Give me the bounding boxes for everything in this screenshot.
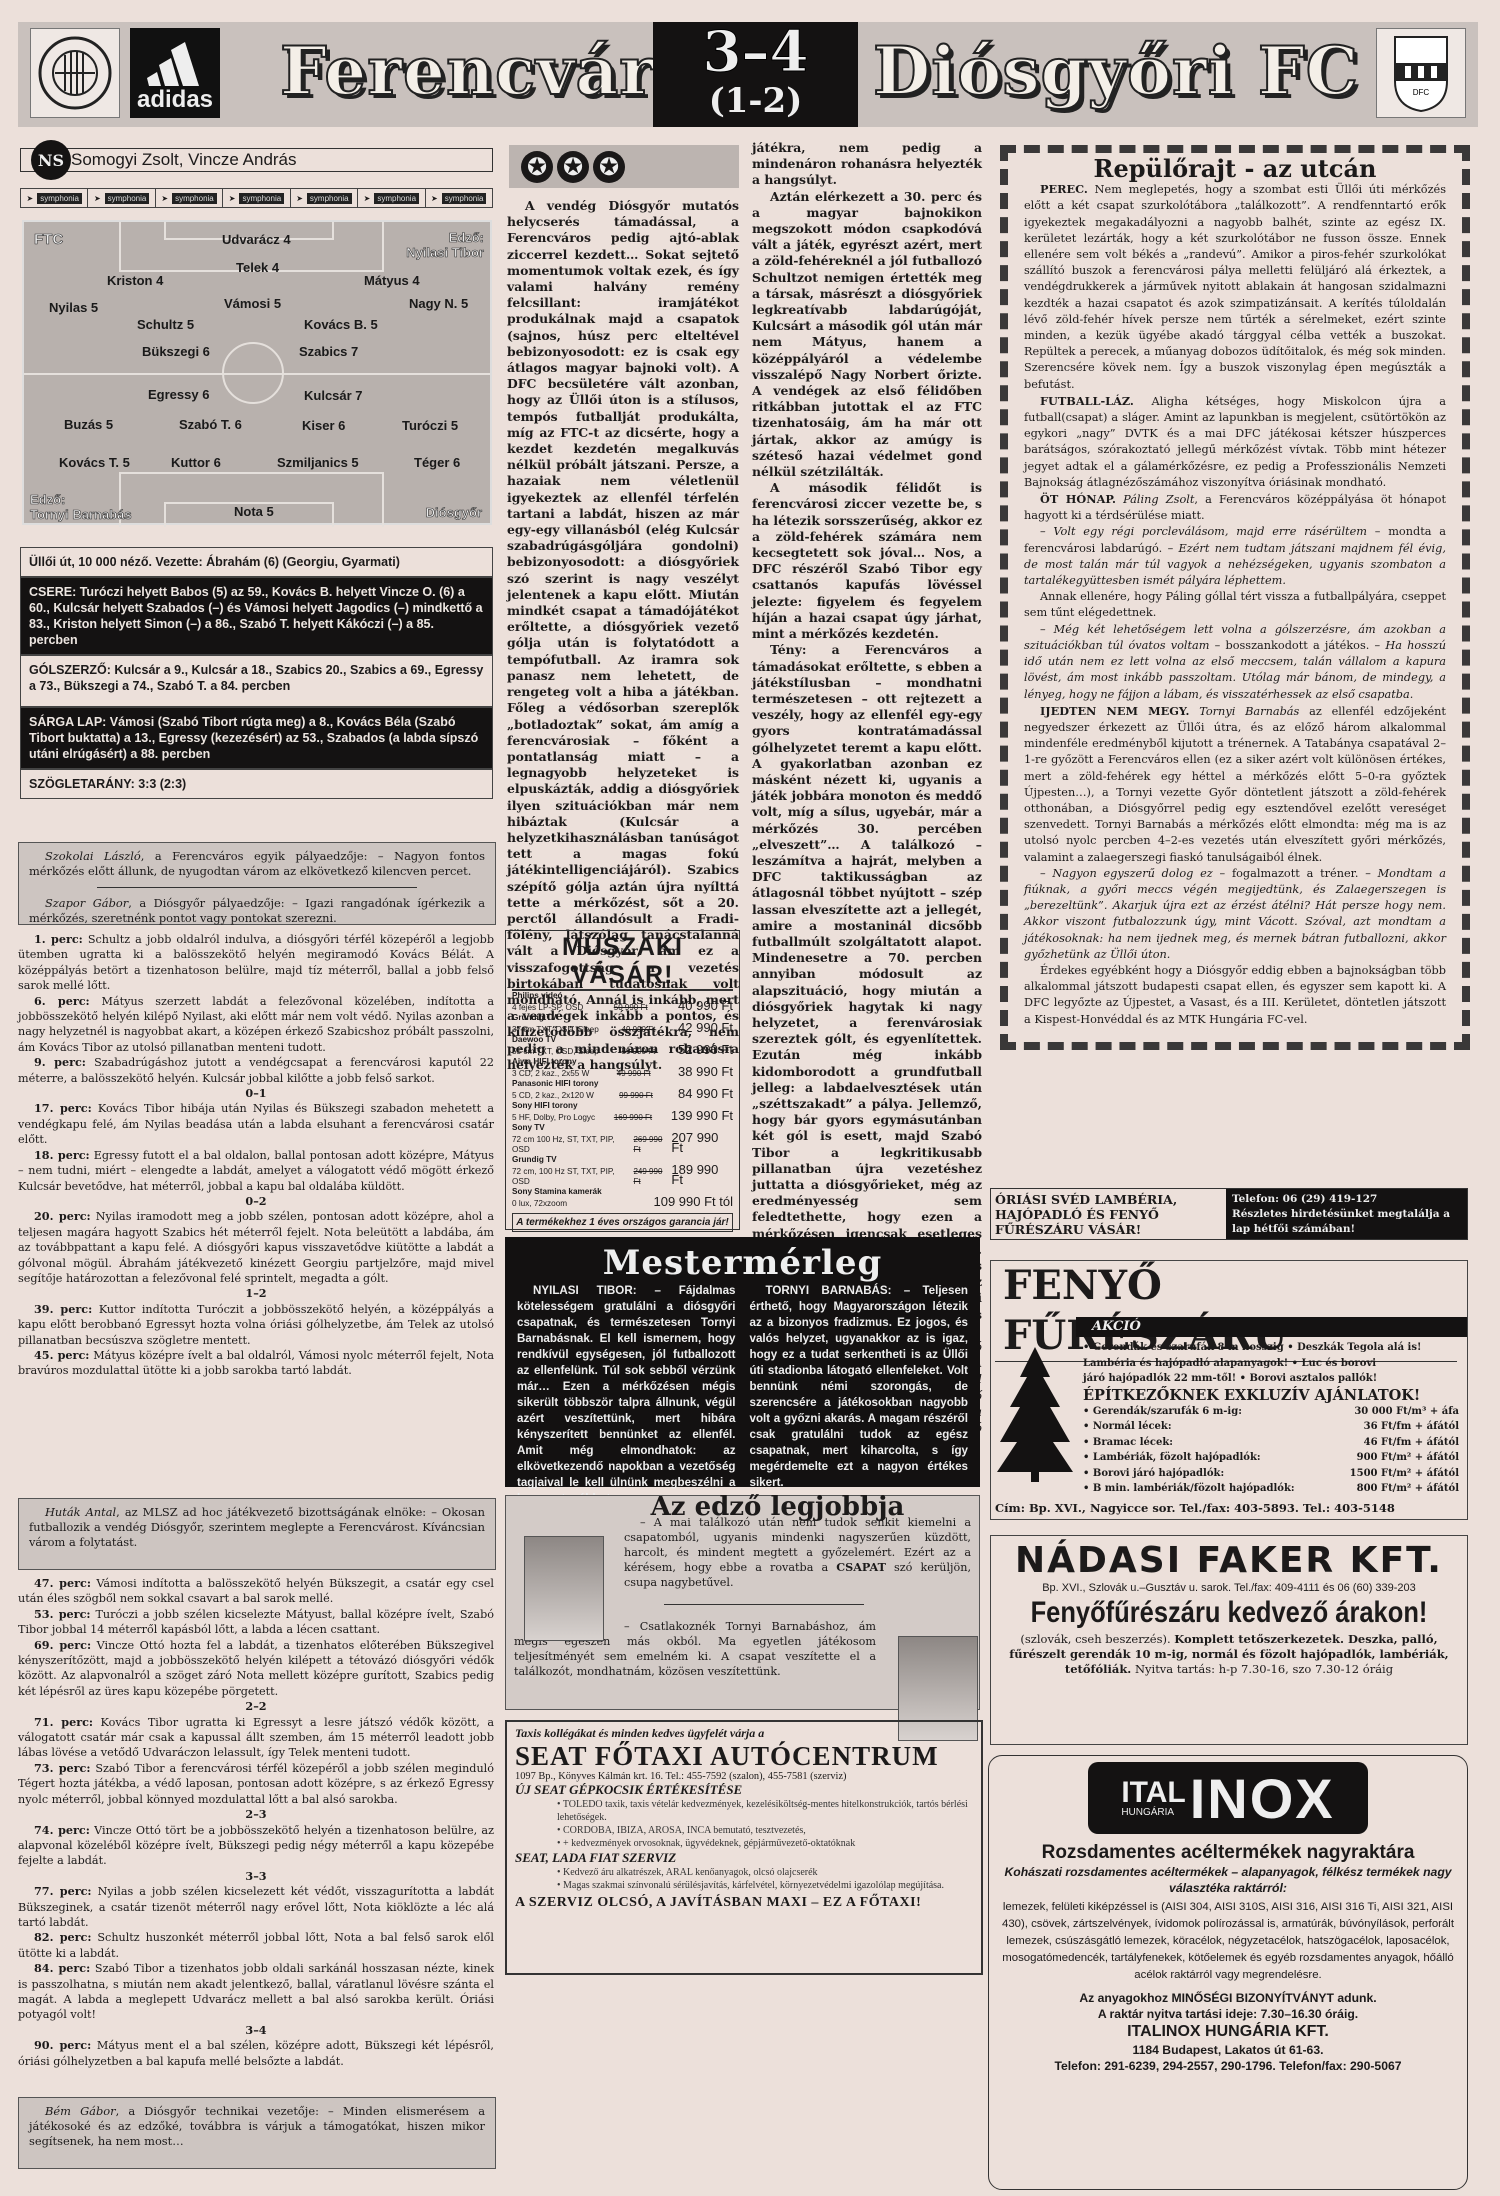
price: 139 990 Ft	[671, 1111, 733, 1121]
product-item: Sony TV72 cm 100 Hz, ST, TXT, PIP, OSD26…	[512, 1123, 733, 1155]
report-column-1: A vendég Diósgyőr mutatós helycserés tám…	[507, 198, 739, 923]
arrow-icon: ➤	[94, 194, 101, 203]
player: Kriston 4	[107, 273, 163, 288]
price-row: • B min. lambériák/fözolt hajópadlók:800…	[1083, 1481, 1459, 1497]
away-coach: Edző:Tornyi Barnabás	[30, 492, 132, 522]
three-stars-icon: ✪ ✪ ✪	[509, 145, 739, 188]
product-item: Daewoo TV55 cm TXT, OSD, Sleep59 990 Ft5…	[512, 1035, 733, 1057]
price-list: • Gerendák/szarufák 6 m-ig:30 000 Ft/m³ …	[1083, 1404, 1459, 1497]
player: Bükszegi 6	[142, 344, 210, 359]
product-item: Aiwa HIFI torony3 CD, 2 kaz., 2x55 W49 9…	[512, 1057, 733, 1079]
sponsor-cell: ➤symphonia	[358, 189, 425, 207]
match-header: adidas Ferencváros 3–4 (1-2) Diósgyőri F…	[18, 22, 1478, 127]
running-score: 2–3	[18, 1807, 494, 1822]
price-row: • Bramac lécek:46 Ft/fm + áfától	[1083, 1435, 1459, 1451]
product-item: Panasonic HIFI torony5 CD, 2 kaz., 2x120…	[512, 1079, 733, 1101]
minute-entry: 71. perc: Kovács Tibor ugratta ki Egress…	[18, 1715, 494, 1761]
product-list: Philips videó4 fejes LP-SP, OSD50 990 Ft…	[512, 991, 733, 1209]
coach-best-box: Az edző legjobbja – A mai találkozó után…	[505, 1495, 980, 1710]
italinox-logo: ITALHUNGÁRIA INOX	[1088, 1762, 1368, 1834]
price-row: • Gerendák/szarufák 6 m-ig:30 000 Ft/m³ …	[1083, 1404, 1459, 1420]
coach-quote-home: NYILASI TIBOR: – Fájdalmas kötelességem …	[517, 1283, 736, 1507]
author-names: Somogyi Zsolt, Vincze András	[71, 150, 297, 169]
running-score: 1–2	[18, 1286, 494, 1301]
price-row: • Borovi járó hajópadlók:1500 Ft/m² + áf…	[1083, 1466, 1459, 1482]
minute-entry: 17. perc: Kovács Tibor hibája után Nyila…	[18, 1101, 494, 1147]
price: 42 990 Ft	[678, 1023, 733, 1033]
minute-by-minute-part1: 1. perc: Schultz a jobb oldalról indulva…	[18, 932, 494, 1379]
ad-brand: SEAT FŐTAXI AUTÓCENTRUM	[515, 1741, 973, 1771]
goalscorers: GÓLSZERZŐ: Kulcsár a 9., Kulcsár a 18., …	[20, 655, 493, 707]
player: Mátyus 4	[364, 273, 420, 288]
arrow-icon: ➤	[431, 194, 438, 203]
home-team-label: FTC	[34, 232, 63, 247]
price: 38 990 Ft	[678, 1067, 733, 1077]
minute-entry: 47. perc: Vámosi indította a balösszeköt…	[18, 1576, 494, 1607]
arrow-icon: ➤	[296, 194, 303, 203]
minute-by-minute-part2: 47. perc: Vámosi indította a balösszeköt…	[18, 1576, 494, 2069]
price: 52 990 Ft	[678, 1045, 733, 1055]
bullet-list: TOLEDO taxik, taxis vételár kedvezmények…	[515, 1798, 973, 1850]
minute-entry: 18. perc: Egressy futott el a bal oldalo…	[18, 1148, 494, 1194]
price: 207 990 Ft	[671, 1133, 733, 1153]
player: Turóczi 5	[402, 418, 458, 433]
section-title: Mestermérleg	[517, 1243, 968, 1283]
seat-fotaxi-ad: Taxis kollégákat és minden kedves ügyfel…	[505, 1720, 983, 1975]
product-item: Philips videó4 fejes LP-SP, OSD50 990 Ft…	[512, 991, 733, 1013]
player: Téger 6	[414, 455, 460, 470]
star-icon: ✪	[521, 151, 553, 183]
player: Egressy 6	[148, 387, 209, 402]
arrow-icon: ➤	[161, 194, 168, 203]
price: 189 990 Ft	[671, 1165, 733, 1185]
ftc-crest-icon	[30, 28, 120, 118]
halftime-quote: Huták Antal, az MLSZ ad hoc játékvezető …	[18, 1498, 496, 1570]
running-score: 0–1	[18, 1086, 494, 1101]
minute-entry: 6. perc: Mátyus szerzett labdát a felező…	[18, 994, 494, 1056]
arrow-icon: ➤	[27, 194, 34, 203]
away-team-name: Diósgyőri FC	[873, 32, 1359, 110]
ad-address: Cím: Bp. XVI., Nagyicce sor. Tel./fax: 4…	[995, 1501, 1395, 1515]
player: Telek 4	[236, 260, 279, 275]
star-icon: ✪	[593, 151, 625, 183]
player: Udvarácz 4	[222, 232, 291, 247]
product-item: Sony HIFI torony5 HF, Dolby, Pro Logyc16…	[512, 1101, 733, 1123]
divider	[97, 887, 416, 888]
bullet-list: Kedvező áru alkatrészek, ARAL kenőanyago…	[515, 1866, 973, 1892]
minute-entry: 82. perc: Schultz huszonkét méterről job…	[18, 1930, 494, 1961]
yellow-cards: SÁRGA LAP: Vámosi (Szabó Tibort rúgta me…	[20, 707, 493, 769]
minute-entry: 73. perc: Szabó Tibor a ferencvárosi tér…	[18, 1761, 494, 1807]
player: Nota 5	[234, 504, 274, 519]
sponsor-strip: ➤symphonia ➤symphonia ➤symphonia ➤sympho…	[20, 188, 493, 208]
center-circle	[222, 342, 284, 404]
muszaki-vasar-ad: MŰSZAKI VÁSÁR! Philips videó4 fejes LP-S…	[505, 930, 740, 1230]
coach-photo-home	[524, 1536, 604, 1641]
running-score: 3–4	[18, 2023, 494, 2038]
player: Kiser 6	[302, 418, 345, 433]
player: Nagy N. 5	[409, 296, 468, 311]
player: Szabics 7	[299, 344, 358, 359]
pine-tree-icon	[995, 1347, 1075, 1482]
player: Kuttor 6	[171, 455, 221, 470]
minute-entry: 84. perc: Szabó Tibor a tizenhatos jobb …	[18, 1961, 494, 2023]
minute-entry: 74. perc: Vincze Ottó tört be a jobbössz…	[18, 1823, 494, 1869]
ad-title: NÁDASI FAKER KFT.	[993, 1540, 1465, 1582]
substitutions: CSERE: Turóczi helyett Babos (5) az 59.,…	[20, 577, 493, 655]
player: Kovács T. 5	[59, 455, 130, 470]
minute-entry: 1. perc: Schultz a jobb oldalról indulva…	[18, 932, 494, 994]
minute-entry: 39. perc: Kuttor indította Turóczit a jo…	[18, 1302, 494, 1348]
minute-entry: 69. perc: Vincze Ottó hozta fel a labdát…	[18, 1638, 494, 1700]
running-score: 2–2	[18, 1699, 494, 1714]
score-fulltime: 3–4	[653, 22, 858, 82]
arrow-icon: ➤	[229, 194, 236, 203]
lineup-pitch: FTC Edző:Nyilasi Tibor Edző:Tornyi Barna…	[22, 220, 492, 525]
italinox-ad: ITALHUNGÁRIA INOX Rozsdamentes acéltermé…	[988, 1755, 1468, 2190]
sponsor-cell: ➤symphonia	[291, 189, 358, 207]
arrow-icon: ➤	[364, 194, 371, 203]
minute-entry: 45. perc: Mátyus középre ívelt a bal old…	[18, 1348, 494, 1379]
repulorajt-article: Repülőrajt - az utcán PEREC. Nem meglepe…	[1000, 145, 1470, 1050]
sponsor-cell: ➤symphonia	[88, 189, 155, 207]
player: Kulcsár 7	[304, 388, 363, 403]
minute-entry: 90. perc: Mátyus ment el a bal szélen, k…	[18, 2038, 494, 2069]
minute-entry: 20. perc: Nyilas iramodott meg a jobb sz…	[18, 1209, 494, 1286]
product-item: Grundig TV72 cm, 100 Hz ST, TXT, PIP, OS…	[512, 1155, 733, 1187]
venue-info: Üllői út, 10 000 néző. Vezette: Ábrahám …	[20, 547, 493, 577]
adidas-stripes-icon	[145, 40, 205, 86]
price: 109 990 Ft tól	[653, 1197, 733, 1207]
ns-badge: NS	[31, 140, 71, 180]
minute-entry: 53. perc: Turóczi a jobb szélen kicselez…	[18, 1607, 494, 1638]
score-halftime: (1-2)	[653, 82, 858, 120]
player: Szmiljanics 5	[277, 455, 359, 470]
adidas-logo: adidas	[130, 28, 220, 118]
price: 84 990 Ft	[678, 1089, 733, 1099]
post-match-quote: Bém Gábor, a Diósgyőr technikai vezetője…	[18, 2097, 496, 2169]
price-row: • Normál lécek:36 Ft/fm + áfától	[1083, 1419, 1459, 1435]
svg-text:DFC: DFC	[1413, 88, 1430, 97]
away-team-label: Diósgyőr	[426, 505, 482, 520]
sponsor-cell: ➤symphonia	[426, 189, 492, 207]
price-row: • Lambériák, fözolt hajópadlók:900 Ft/m²…	[1083, 1450, 1459, 1466]
player: Szabó T. 6	[179, 417, 242, 432]
minute-entry: 9. perc: Szabadrúgáshoz jutott a vendégc…	[18, 1055, 494, 1086]
article-title: Repülőrajt - az utcán	[1024, 161, 1446, 177]
guarantee-note: A termékekhez 1 éves országos garancia j…	[512, 1213, 733, 1232]
nadasi-faker-ad: NÁDASI FAKER KFT. Bp. XVI., Szlovák u.–G…	[990, 1535, 1468, 1745]
akcio-banner: AKCIÓ	[1076, 1317, 1467, 1337]
divider	[664, 1604, 864, 1605]
price: 40 990 Ft	[678, 1001, 733, 1011]
sponsor-cell: ➤symphonia	[21, 189, 88, 207]
sponsor-cell: ➤symphonia	[156, 189, 223, 207]
mestermerleg-box: Mestermérleg NYILASI TIBOR: – Fájdalmas …	[505, 1237, 980, 1487]
player: Nyilas 5	[49, 300, 98, 315]
player: Vámosi 5	[224, 296, 281, 311]
running-score: 0–2	[18, 1194, 494, 1209]
lamberia-ad: ÓRIÁSI SVÉD LAMBÉRIA, HAJÓPADLÓ ÉS FENYŐ…	[990, 1188, 1468, 1240]
final-score: 3–4 (1-2)	[653, 22, 858, 127]
byline: NS Somogyi Zsolt, Vincze András	[20, 148, 493, 172]
player: Schultz 5	[137, 317, 194, 332]
ad-title: MŰSZAKI VÁSÁR!	[512, 933, 733, 991]
corners: SZÖGLETARÁNY: 3:3 (2:3)	[20, 769, 493, 799]
product-item: Sony Stamina kamerák0 lux, 72xzoom109 99…	[512, 1187, 733, 1209]
sponsor-cell: ➤symphonia	[223, 189, 290, 207]
player: Buzás 5	[64, 417, 113, 432]
star-icon: ✪	[557, 151, 589, 183]
section-title: Az edző legjobbja	[514, 1500, 971, 1515]
pre-match-quotes: Szokolai László, a Ferencváros egyik pál…	[18, 842, 496, 925]
product-item: Grundig TV37 cm TXT, OSD, Sleep49 990 Ft…	[512, 1013, 733, 1035]
player: Kovács B. 5	[304, 317, 378, 332]
coach-quote-away: TORNYI BARNABÁS: – Teljesen érthető, hog…	[750, 1283, 969, 1507]
fenyo-fureszaru-ad: FENYŐ FŰRÉSZÁRU AKCIÓ • Gerendák és szar…	[990, 1260, 1468, 1520]
home-coach: Edző:Nyilasi Tibor	[406, 230, 484, 260]
running-score: 3–3	[18, 1869, 494, 1884]
dfc-crest-icon: DFC	[1376, 28, 1466, 118]
minute-entry: 77. perc: Nyilas a jobb szélen kicseleze…	[18, 1884, 494, 1930]
